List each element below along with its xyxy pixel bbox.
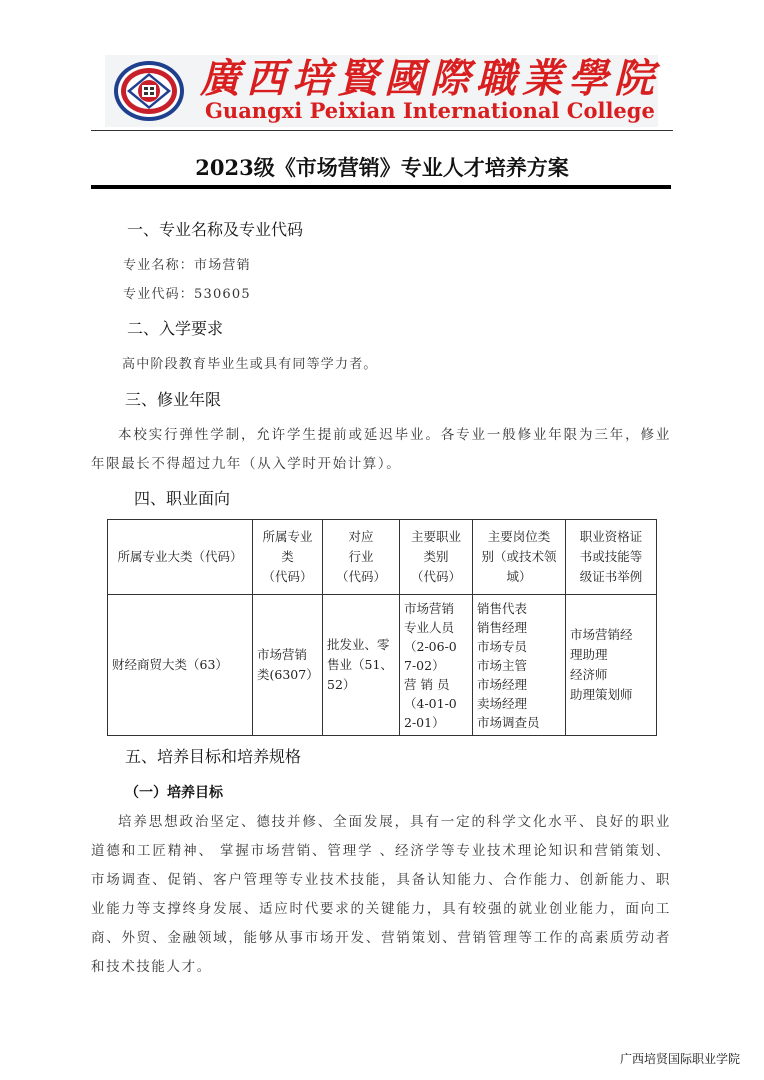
cell-industry: 批发业、零售业（51、52） [323, 595, 400, 736]
study-duration-text: 本校实行弹性学制，允许学生提前或延迟毕业。各专业一般修业年限为三年，修业年限最长… [91, 421, 671, 479]
college-name-cn: 廣西培賢國際職業學院 [200, 55, 660, 103]
header-occupation: 主要职业类别（代码） [400, 520, 473, 595]
cell-major-category: 财经商贸大类（63） [108, 595, 253, 736]
college-name-en: Guangxi Peixian International College [205, 98, 655, 124]
section-5-heading: 五、培养目标和培养规格 [125, 746, 301, 768]
major-name: 专业名称：市场营销 [123, 256, 251, 276]
college-seal-icon [113, 60, 185, 122]
cell-occupation: 市场营销专业人员（2-06-07-02）营 销 员（4-01-02-01） [400, 595, 473, 736]
page-footer: 广西培贤国际职业学院 [620, 1050, 740, 1067]
cell-major-class: 市场营销类(6307） [253, 595, 323, 736]
admission-requirement: 高中阶段教育毕业生或具有同等学力者。 [122, 355, 378, 375]
section-2-heading: 二、入学要求 [127, 318, 223, 340]
header-industry: 对应行业（代码） [323, 520, 400, 595]
subsection-training-goal-heading: （一）培养目标 [125, 782, 223, 804]
training-goal-text: 培养思想政治坚定、德技并修、全面发展，具有一定的科学文化水平、良好的职业道德和工… [91, 808, 671, 982]
table-row: 财经商贸大类（63） 市场营销类(6307） 批发业、零售业（51、52） 市场… [108, 595, 657, 736]
header-divider [91, 130, 673, 131]
major-code: 专业代码：530605 [123, 285, 251, 305]
header-major-category: 所属专业大类（代码） [108, 520, 253, 595]
section-4-heading: 四、职业面向 [134, 488, 230, 510]
header-positions: 主要岗位类别（或技术领域） [473, 520, 566, 595]
header-certificates: 职业资格证书或技能等级证书举例 [566, 520, 657, 595]
title-divider [91, 185, 671, 189]
cell-positions: 销售代表销售经理市场专员市场主管市场经理卖场经理市场调查员 [473, 595, 566, 736]
section-1-heading: 一、专业名称及专业代码 [127, 219, 303, 241]
cell-certificates: 市场营销经理助理经济师助理策划师 [566, 595, 657, 736]
table-header-row: 所属专业大类（代码） 所属专业类（代码） 对应行业（代码） 主要职业类别（代码）… [108, 520, 657, 595]
section-3-heading: 三、修业年限 [125, 389, 221, 411]
header-major-class: 所属专业类（代码） [253, 520, 323, 595]
career-orientation-table: 所属专业大类（代码） 所属专业类（代码） 对应行业（代码） 主要职业类别（代码）… [107, 519, 657, 736]
document-title: 2023级《市场营销》专业人才培养方案 [0, 154, 764, 182]
